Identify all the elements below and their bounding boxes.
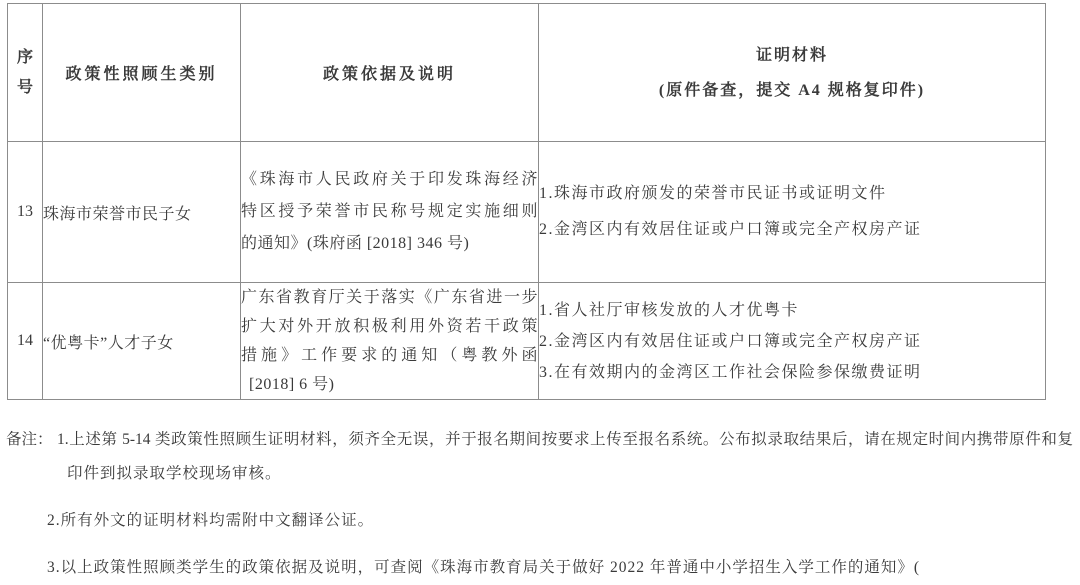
header-cell-basis: 政策依据及说明 [241,4,539,142]
table-header-row: 序号 政策性照顾生类别 政策依据及说明 证明材料 (原件备查，提交 A4 规格复… [8,4,1046,142]
row-13-category-cell: 珠海市荣誉市民子女 [43,142,241,283]
header-no-label: 序号 [15,43,35,103]
row-14-material-item: 3.在有效期内的金湾区工作社会保险参保缴费证明 [539,357,1045,388]
remark-2: 2.所有外文的证明材料均需附中文翻译公证。 [47,504,1074,538]
row-14-basis-line: [2018] 6 号) [241,370,538,399]
remarks-section: 备注： 1.上述第 5-14 类政策性照顾生证明材料，须齐全无误，并于报名期间按… [6,423,1074,585]
header-cell-materials: 证明材料 (原件备查，提交 A4 规格复印件) [539,4,1046,142]
row-13-basis-line: 《珠海市人民政府关于印发珠海经济 [241,164,538,196]
table-row-14: 14 “优粤卡”人才子女 广东省教育厅关于落实《广东省进一步 扩大对外开放积极利… [8,283,1046,400]
remark-1-line-1: 1.上述第 5-14 类政策性照顾生证明材料，须齐全无误，并于报名期间按要求上传… [57,423,1073,457]
row-14-basis-line: 措施》工作要求的通知（粤教外函 [241,341,538,370]
row-13-material-item: 1.珠海市政府颁发的荣誉市民证书或证明文件 [539,176,1045,212]
header-materials-label: 证明材料 [539,38,1045,73]
remark-3: 3.以上政策性照顾类学生的政策依据及说明，可查阅《珠海市教育局关于做好 2022… [47,551,1074,585]
document-page: 序号 政策性照顾生类别 政策依据及说明 证明材料 (原件备查，提交 A4 规格复… [0,0,1080,585]
row-13-basis-line: 特区授予荣誉市民称号规定实施细则 [241,196,538,228]
header-cell-no: 序号 [8,4,43,142]
row-14-material-item: 1.省人社厅审核发放的人才优粤卡 [539,295,1045,326]
header-cell-category: 政策性照顾生类别 [43,4,241,142]
row-14-basis-cell: 广东省教育厅关于落实《广东省进一步 扩大对外开放积极利用外资若干政策 措施》工作… [241,283,539,400]
row-13-basis-cell: 《珠海市人民政府关于印发珠海经济 特区授予荣誉市民称号规定实施细则 的通知》(珠… [241,142,539,283]
table-row-13: 13 珠海市荣誉市民子女 《珠海市人民政府关于印发珠海经济 特区授予荣誉市民称号… [8,142,1046,283]
remarks-label: 备注： [6,423,57,457]
row-14-basis-line: 扩大对外开放积极利用外资若干政策 [241,312,538,341]
remark-1: 备注： 1.上述第 5-14 类政策性照顾生证明材料，须齐全无误，并于报名期间按… [6,423,1074,491]
remark-1-content: 1.上述第 5-14 类政策性照顾生证明材料，须齐全无误，并于报名期间按要求上传… [57,423,1073,491]
row-13-materials-cell: 1.珠海市政府颁发的荣誉市民证书或证明文件 2.金湾区内有效居住证或户口簿或完全… [539,142,1046,283]
row-14-material-item: 2.金湾区内有效居住证或户口簿或完全产权房产证 [539,326,1045,357]
row-13-no-cell: 13 [8,142,43,283]
row-14-category-cell: “优粤卡”人才子女 [43,283,241,400]
header-materials-sublabel: (原件备查，提交 A4 规格复印件) [539,73,1045,108]
row-13-basis-line: 的通知》(珠府函 [2018] 346 号) [241,228,538,260]
remark-1-line-2: 印件到拟录取学校现场审核。 [57,457,1073,491]
header-category-label: 政策性照顾生类别 [43,61,240,84]
row-14-no-cell: 14 [8,283,43,400]
row-14-materials-cell: 1.省人社厅审核发放的人才优粤卡 2.金湾区内有效居住证或户口簿或完全产权房产证… [539,283,1046,400]
row-14-basis-line: 广东省教育厅关于落实《广东省进一步 [241,283,538,312]
row-13-material-item: 2.金湾区内有效居住证或户口簿或完全产权房产证 [539,212,1045,248]
policy-category-table: 序号 政策性照顾生类别 政策依据及说明 证明材料 (原件备查，提交 A4 规格复… [7,3,1046,400]
header-basis-label: 政策依据及说明 [241,61,538,84]
